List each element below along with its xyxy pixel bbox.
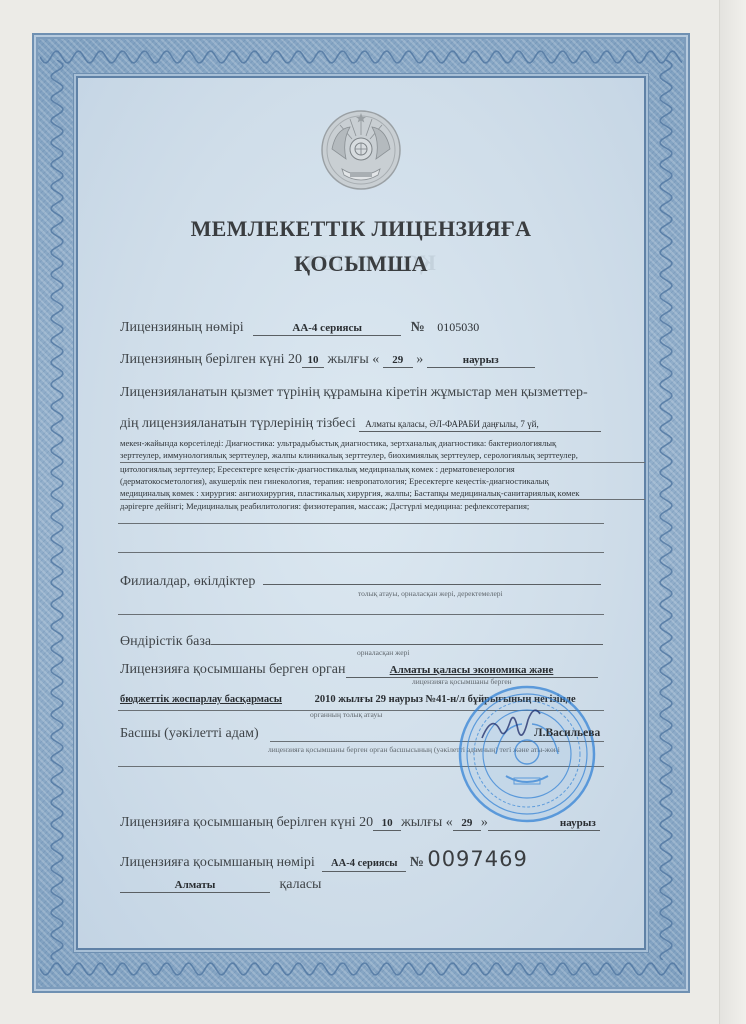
license-issue-date-row: Лицензияның берілген күні 2010 жылғы « 2… [120,352,535,368]
branches-row: Филиалдар, өкілдіктер [120,570,601,590]
issuing-body-value-line1: Алматы қаласы экономика және [346,663,598,678]
blank-rule [118,614,604,615]
appendix-series-value: АА-4 сериясы [322,857,406,872]
appendix-number-row: Лицензияға қосымшаның нөмірі АА-4 серияс… [120,847,528,872]
wave-pattern-left [46,60,68,960]
license-number-value: 0105030 [428,320,488,334]
day-close-quote: » [416,352,423,367]
license-issue-month-value: наурыз [427,353,535,368]
document-title-line1: МЕМЛЕКЕТТІК ЛИЦЕНЗИЯҒА [78,216,644,242]
production-base-label: Өндірістік база [120,634,211,649]
production-base-row: Өндірістік база [120,630,603,650]
wave-pattern-right [655,60,677,960]
paper-edge [719,0,746,1024]
issuing-body-row: Лицензияға қосымшаны берген органАлматы … [120,662,598,678]
appendix-date-row: Лицензияға қосымшаның берілген күні 2010… [120,815,600,831]
license-issue-date-label: Лицензияның берілген күні 20 [120,352,302,367]
works-label-line1: Лицензияланатын қызмет түрінің құрамына … [120,385,588,401]
services-line: мекен-жайында көрсетіледі: Диагностика: … [120,437,645,449]
number-sign: № [410,855,424,870]
services-line: зерттеулер, иммунологиялық зерттеулер, ж… [120,449,645,462]
services-line: медициналық көмек : хирургия: ангиохирур… [120,487,645,500]
appendix-date-label: Лицензияға қосымшаның берілген күні 20 [120,815,373,830]
branches-caption: толық атауы, орналасқан жері, деректемел… [358,589,503,598]
license-number-row: Лицензияның нөмірі АА-4 сериясы № 010503… [120,320,488,336]
appendix-serial-number: 0097469 [427,847,528,871]
head-label: Басшы (уәкілетті адам) [120,726,259,741]
wave-pattern-top [40,46,682,68]
document-title-line2: ҚОСЫМША [78,251,644,277]
blank-rule [118,523,604,524]
appendix-year-value: 10 [373,816,401,831]
branches-value [263,570,601,585]
wave-pattern-bottom [40,958,682,980]
works-label-line2-row: дің лицензияланатын түрлерінің тізбесі А… [120,416,601,432]
services-line: цитологиялық зерттеулер; Ересектерге кең… [120,463,645,475]
appendix-number-label: Лицензияға қосымшаның нөмірі [120,855,315,870]
license-issue-day-value: 29 [383,353,413,368]
blank-rule [118,552,604,553]
services-line: дәрігерге дейінгі; Медициналық реабилито… [120,500,645,512]
state-emblem-icon [320,109,402,191]
year-word: жылғы « [401,815,453,830]
appendix-month-value: наурыз [488,816,600,831]
number-sign: № [411,320,425,335]
issuing-body-caption2: органның толық атауы [310,710,382,719]
head-row: Басшы (уәкілетті адам) [120,726,259,742]
branches-label: Филиалдар, өкілдіктер [120,574,255,589]
production-base-caption: орналасқан жері [357,648,409,657]
year-word: жылғы « [328,352,380,367]
services-line: (дерматокосметология), акушерлік пен гин… [120,475,645,487]
appendix-day-value: 29 [453,816,481,831]
works-label-line2: дің лицензияланатын түрлерінің тізбесі [120,416,356,431]
works-address-value: Алматы қаласы, ӘЛ-ФАРАБИ даңғылы, 7 үй, [359,417,601,432]
production-base-value [211,630,603,645]
license-number-label: Лицензияның нөмірі [120,320,244,335]
city-row: Алматы қаласы [120,877,321,893]
city-suffix: қаласы [280,877,322,892]
issuing-body-label: Лицензияға қосымшаны берген орган [120,662,346,677]
day-close-quote: » [481,815,488,830]
license-issue-year-value: 10 [302,353,324,368]
signer-name: Л.Васильева [534,727,600,739]
services-list: мекен-жайында көрсетіледі: Диагностика: … [120,437,645,513]
signature-icon [478,700,548,750]
city-value: Алматы [120,878,270,893]
issuing-body-value-line2-left: бюджеттік жоспарлау басқармасы [120,694,282,705]
license-series-value: АА-4 сериясы [253,321,401,336]
